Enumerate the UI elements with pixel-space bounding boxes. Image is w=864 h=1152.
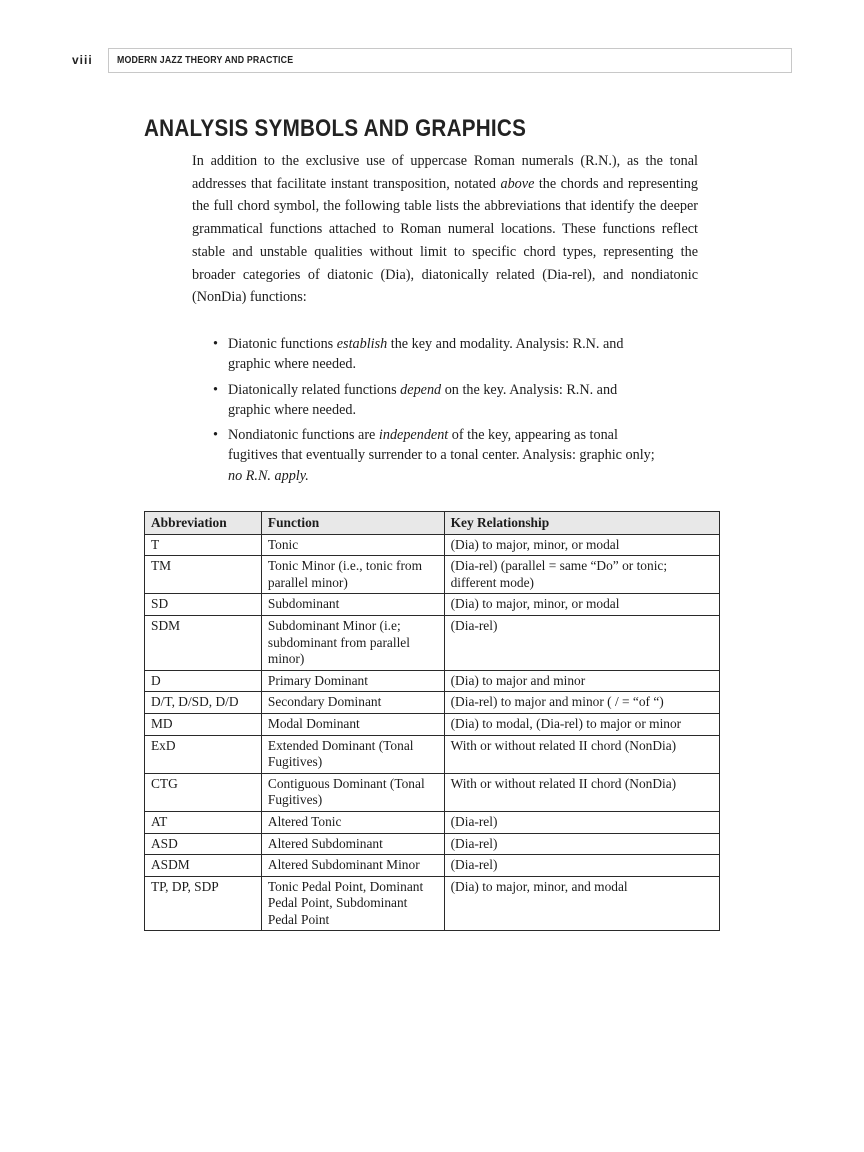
table-row: ATAltered Tonic(Dia-rel) — [145, 811, 720, 833]
table-row: D/T, D/SD, D/DSecondary Dominant(Dia-rel… — [145, 692, 720, 714]
table-body: TTonic(Dia) to major, minor, or modalTMT… — [145, 534, 720, 931]
key-relationship-cell: (Dia) to modal, (Dia-rel) to major or mi… — [444, 713, 719, 735]
running-head: MODERN JAZZ THEORY AND PRACTICE — [108, 48, 792, 73]
abbreviation-cell: TP, DP, SDP — [145, 876, 262, 931]
table-row: TP, DP, SDPTonic Pedal Point, Dominant P… — [145, 876, 720, 931]
table-row: DPrimary Dominant(Dia) to major and mino… — [145, 670, 720, 692]
abbreviation-cell: SDM — [145, 615, 262, 670]
bullet-icon: • — [213, 425, 218, 445]
table-row: SDMSubdominant Minor (i.e; subdominant f… — [145, 615, 720, 670]
column-header-function: Function — [261, 512, 444, 535]
column-header-abbreviation: Abbreviation — [145, 512, 262, 535]
abbreviation-cell: ASDM — [145, 855, 262, 877]
key-relationship-cell: (Dia-rel) — [444, 811, 719, 833]
function-cell: Altered Subdominant Minor — [261, 855, 444, 877]
key-relationship-cell: (Dia) to major and minor — [444, 670, 719, 692]
key-relationship-cell: With or without related II chord (NonDia… — [444, 735, 719, 773]
function-cell: Extended Dominant (Tonal Fugitives) — [261, 735, 444, 773]
list-item: •Diatonic functions establish the key an… — [210, 334, 660, 375]
abbreviation-cell: D/T, D/SD, D/D — [145, 692, 262, 714]
function-bullet-list: •Diatonic functions establish the key an… — [210, 334, 660, 491]
abbreviation-cell: MD — [145, 713, 262, 735]
bullet-icon: • — [213, 334, 218, 354]
abbreviation-cell: D — [145, 670, 262, 692]
intro-paragraph: In addition to the exclusive use of uppe… — [192, 150, 698, 309]
table-row: TTonic(Dia) to major, minor, or modal — [145, 534, 720, 556]
list-item: •Nondiatonic functions are independent o… — [210, 425, 660, 486]
function-cell: Altered Subdominant — [261, 833, 444, 855]
key-relationship-cell: (Dia-rel) — [444, 855, 719, 877]
key-relationship-cell: With or without related II chord (NonDia… — [444, 773, 719, 811]
table-row: TMTonic Minor (i.e., tonic from parallel… — [145, 556, 720, 594]
abbreviation-table: Abbreviation Function Key Relationship T… — [144, 511, 720, 931]
abbreviation-cell: TM — [145, 556, 262, 594]
abbreviation-cell: SD — [145, 594, 262, 616]
function-cell: Contiguous Dominant (Tonal Fugitives) — [261, 773, 444, 811]
intro-emphasis: above — [500, 176, 534, 192]
function-cell: Modal Dominant — [261, 713, 444, 735]
key-relationship-cell: (Dia) to major, minor, or modal — [444, 594, 719, 616]
abbreviation-cell: CTG — [145, 773, 262, 811]
table-row: ExDExtended Dominant (Tonal Fugitives)Wi… — [145, 735, 720, 773]
function-cell: Secondary Dominant — [261, 692, 444, 714]
table-row: CTGContiguous Dominant (Tonal Fugitives)… — [145, 773, 720, 811]
table-row: ASDAltered Subdominant(Dia-rel) — [145, 833, 720, 855]
key-relationship-cell: (Dia-rel) to major and minor ( / = “of “… — [444, 692, 719, 714]
function-cell: Altered Tonic — [261, 811, 444, 833]
table-row: SDSubdominant(Dia) to major, minor, or m… — [145, 594, 720, 616]
function-cell: Subdominant — [261, 594, 444, 616]
abbreviation-cell: ExD — [145, 735, 262, 773]
table-row: MDModal Dominant(Dia) to modal, (Dia-rel… — [145, 713, 720, 735]
table-row: ASDMAltered Subdominant Minor(Dia-rel) — [145, 855, 720, 877]
column-header-key-relationship: Key Relationship — [444, 512, 719, 535]
intro-text-2: the chords and representing the full cho… — [192, 176, 698, 306]
key-relationship-cell: (Dia) to major, minor, and modal — [444, 876, 719, 931]
function-cell: Subdominant Minor (i.e; subdominant from… — [261, 615, 444, 670]
list-item: •Diatonically related functions depend o… — [210, 380, 660, 421]
abbreviation-cell: AT — [145, 811, 262, 833]
key-relationship-cell: (Dia) to major, minor, or modal — [444, 534, 719, 556]
page-number: viii — [72, 53, 93, 67]
table-header-row: Abbreviation Function Key Relationship — [145, 512, 720, 535]
function-cell: Tonic Minor (i.e., tonic from parallel m… — [261, 556, 444, 594]
key-relationship-cell: (Dia-rel) (parallel = same “Do” or tonic… — [444, 556, 719, 594]
abbreviation-cell: T — [145, 534, 262, 556]
abbreviation-cell: ASD — [145, 833, 262, 855]
function-cell: Primary Dominant — [261, 670, 444, 692]
bullet-icon: • — [213, 380, 218, 400]
key-relationship-cell: (Dia-rel) — [444, 615, 719, 670]
function-cell: Tonic — [261, 534, 444, 556]
function-cell: Tonic Pedal Point, Dominant Pedal Point,… — [261, 876, 444, 931]
section-title: ANALYSIS SYMBOLS AND GRAPHICS — [144, 115, 526, 143]
key-relationship-cell: (Dia-rel) — [444, 833, 719, 855]
running-title: MODERN JAZZ THEORY AND PRACTICE — [117, 55, 293, 66]
